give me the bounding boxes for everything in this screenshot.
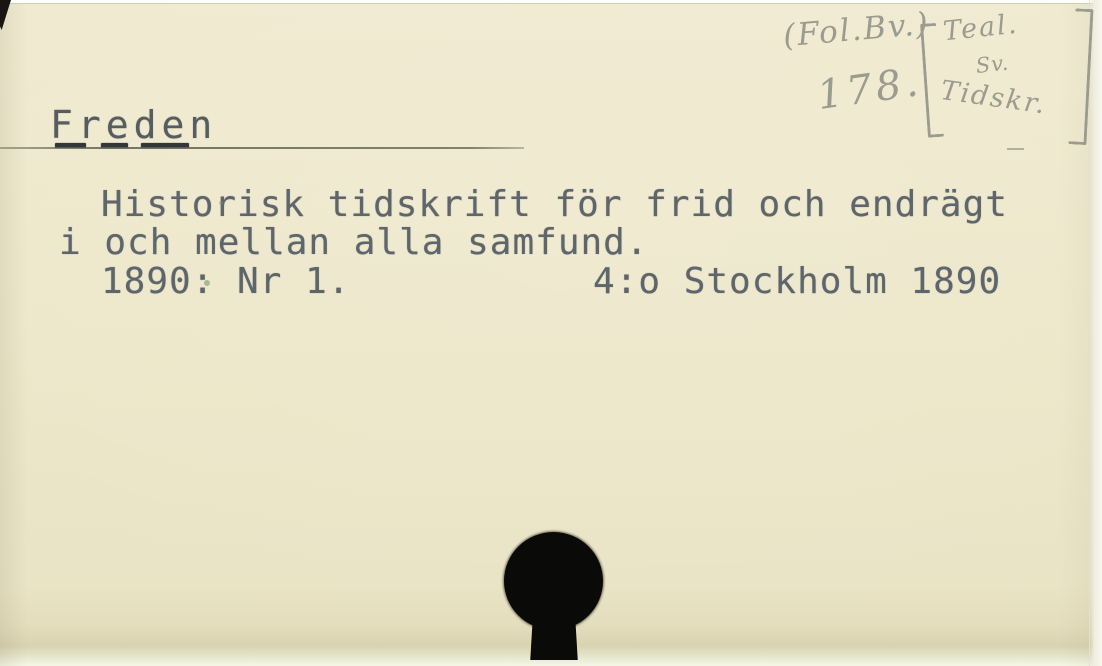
issue-info: 1890: Nr 1.	[101, 261, 350, 302]
bracket-note-line: Tidskr.	[939, 75, 1049, 121]
catalog-card: Freden Historisk tidskrift för frid och …	[0, 0, 1102, 666]
right-bracket-mark	[1068, 8, 1093, 145]
title-line-2: i och mellan alla samfund.	[59, 222, 649, 263]
bracket-note-line: Sv.	[975, 51, 1011, 78]
ruled-line	[0, 147, 524, 149]
bracket-note-line: Teal.	[942, 9, 1020, 48]
handwritten-number: 178.	[814, 59, 924, 119]
title-line-1: Historisk tidskrift för frid och endrägt	[101, 184, 1008, 225]
corner-scan-mark	[0, 0, 11, 30]
paper-speck	[219, 201, 223, 205]
imprint-info: 4:o Stockholm 1890	[593, 261, 1001, 302]
card-top-edge	[0, 0, 1102, 4]
card-heading: Freden	[50, 103, 217, 147]
punch-hole-stem	[527, 606, 581, 660]
handwritten-bracket-note: Teal. Sv. Tidskr.	[919, 6, 1097, 151]
handwritten-classmark: (Fol.Bv.)	[782, 6, 931, 55]
paper-speck	[204, 280, 210, 286]
left-bracket-mark	[920, 23, 944, 138]
